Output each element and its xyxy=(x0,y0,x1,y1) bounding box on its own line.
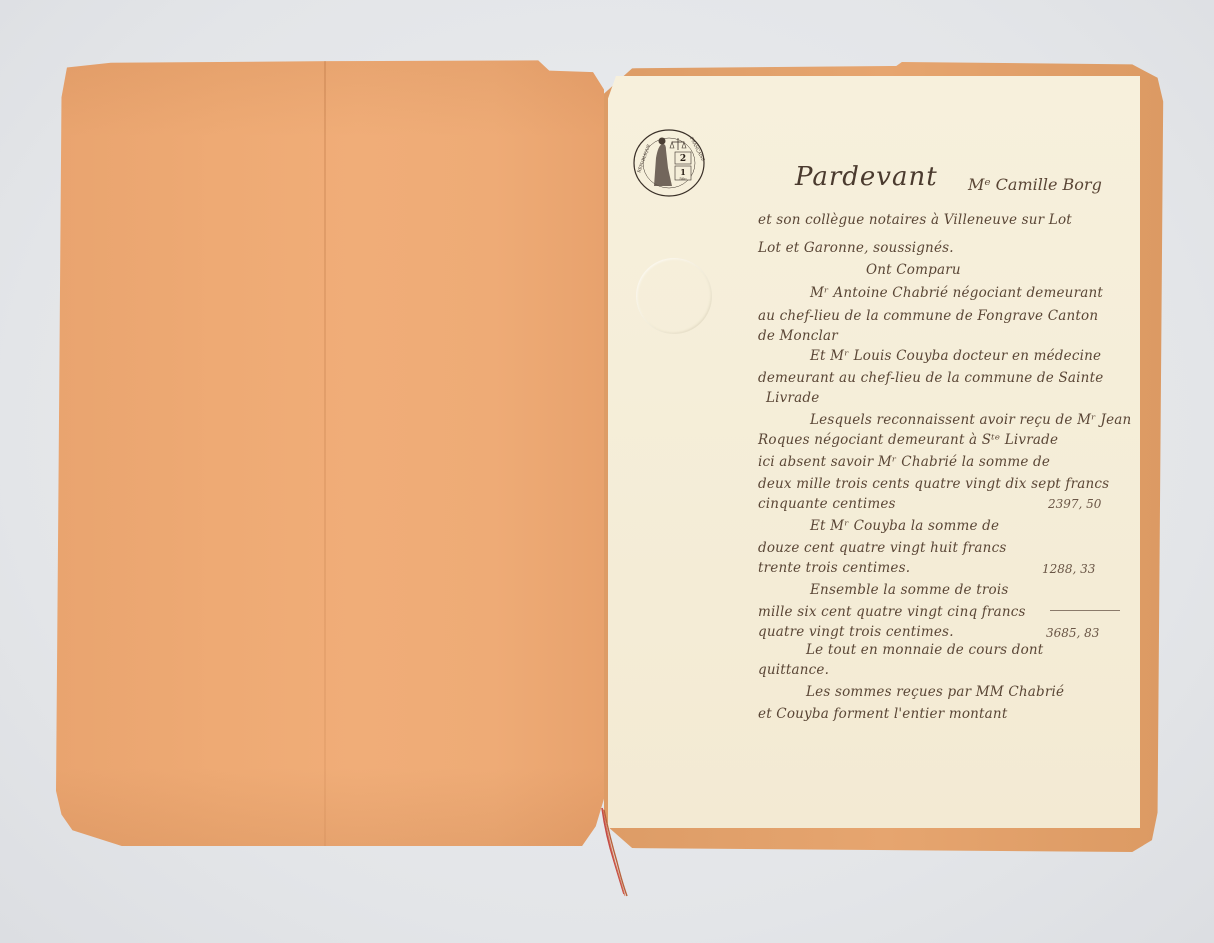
deed-line: Les sommes reçues par MM Chabrié xyxy=(806,684,1064,700)
republique-francaise-stamp-icon: 2 1 50c RÉPUBLIQUE FRANÇAISE xyxy=(632,128,706,198)
deed-line: quittance. xyxy=(758,662,829,678)
deed-line: au chef-lieu de la commune de Fongrave C… xyxy=(758,308,1098,324)
deed-line: Livrade xyxy=(766,390,819,406)
deed-heading-word: Pardevant xyxy=(795,162,938,192)
cover-shading xyxy=(56,58,604,846)
svg-text:2: 2 xyxy=(680,154,686,164)
deed-line: quatre vingt trois centimes. xyxy=(758,624,954,640)
notary-name: Mᵉ Camille Borg xyxy=(968,175,1102,194)
svg-text:FRANÇAISE: FRANÇAISE xyxy=(689,136,706,162)
deed-line: ici absent savoir Mʳ Chabrié la somme de xyxy=(758,454,1050,470)
deed-line: demeurant au chef-lieu de la commune de … xyxy=(758,370,1103,386)
deed-line: cinquante centimes xyxy=(758,496,896,512)
deed-line: deux mille trois cents quatre vingt dix … xyxy=(758,476,1109,492)
deed-line: trente trois centimes. xyxy=(758,560,910,576)
deed-line: Le tout en monnaie de cours dont xyxy=(806,642,1043,658)
folder-left-cover xyxy=(56,58,604,846)
svg-text:50c: 50c xyxy=(679,176,687,181)
deed-line: et son collègue notaires à Villeneuve su… xyxy=(758,212,1072,228)
deed-line: mille six cent quatre vingt cinq francs xyxy=(758,604,1026,620)
deed-line: Mʳ Antoine Chabrié négociant demeurant xyxy=(810,285,1103,301)
deed-line: de Monclar xyxy=(758,328,838,344)
deed-line: et Couyba forment l'entier montant xyxy=(758,706,1007,722)
amount-couyba: 1288, 33 xyxy=(1042,562,1095,576)
amount-chabrie: 2397, 50 xyxy=(1048,497,1101,511)
deed-line: Et Mʳ Louis Couyba docteur en médecine xyxy=(810,348,1101,364)
deed-line: Ont Comparu xyxy=(866,262,961,278)
deed-line: Ensemble la somme de trois xyxy=(810,582,1008,598)
total-rule xyxy=(1050,610,1120,611)
deed-line: Roques négociant demeurant à Sᵗᵉ Livrade xyxy=(758,432,1058,448)
deed-line: Lesquels reconnaissent avoir reçu de Mʳ … xyxy=(810,412,1131,428)
binding-string-icon xyxy=(594,806,634,898)
amount-total: 3685, 83 xyxy=(1046,626,1099,640)
deed-line: Lot et Garonne, soussignés. xyxy=(758,240,954,256)
deed-line: douze cent quatre vingt huit francs xyxy=(758,540,1006,556)
deed-line: Et Mʳ Couyba la somme de xyxy=(810,518,999,534)
embossed-seal xyxy=(636,258,712,334)
